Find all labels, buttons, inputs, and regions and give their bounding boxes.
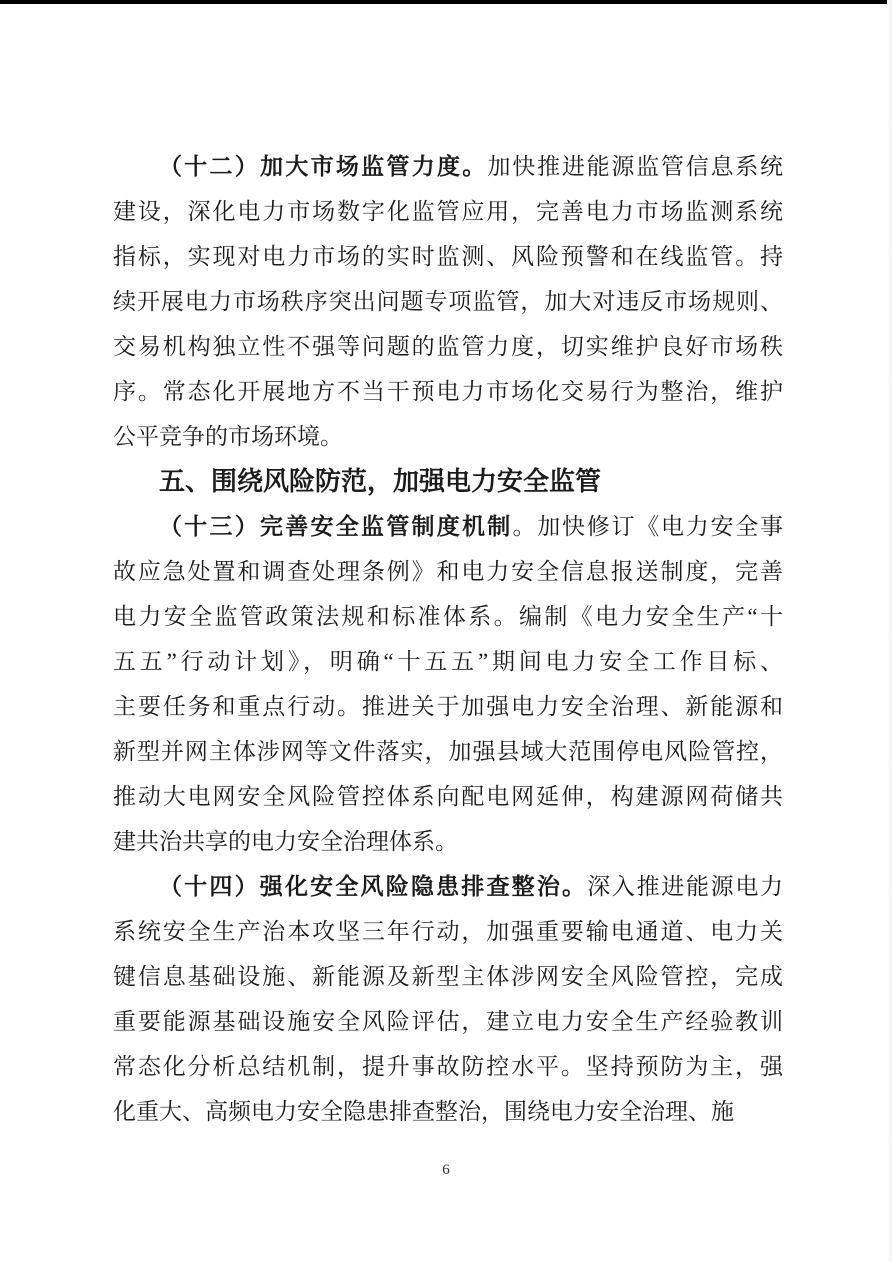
- paragraph-14-line-1: （十四）强化安全风险隐患排查整治。深入推进能源电力: [113, 864, 783, 909]
- paragraph-12-line-4: 续开展电力市场秩序突出问题专项监管，加大对违反市场规则、: [113, 279, 783, 324]
- paragraph-12: （十二）加大市场监管力度。加快推进能源监管信息系统建设，深化电力市场数字化监管应…: [113, 144, 783, 459]
- page-number: 6: [0, 1162, 892, 1179]
- paragraph-12-line-7: 公平竞争的市场环境。: [113, 414, 783, 459]
- section-heading-5-line-1: 五、围绕风险防范，加强电力安全监管: [113, 459, 783, 504]
- paragraph-14-line-5: 常态化分析总结机制，提升事故防控水平。坚持预防为主，强: [113, 1044, 783, 1089]
- paragraph-12-lead: （十二）加大市场监管力度。: [159, 154, 488, 179]
- paragraph-14-line-4: 重要能源基础设施安全风险评估，建立电力安全生产经验教训: [113, 999, 783, 1044]
- paragraph-13-line-7: 推动大电网安全风险管控体系向配电网延伸，构建源网荷储共: [113, 774, 783, 819]
- paragraph-14-lead: （十四）强化安全风险隐患排查整治。: [159, 874, 587, 899]
- paragraph-13-line-6: 新型并网主体涉网等文件落实，加强县域大范围停电风险管控，: [113, 729, 783, 774]
- paragraph-12-line-1: （十二）加大市场监管力度。加快推进能源监管信息系统: [113, 144, 783, 189]
- paragraph-12-line-6: 序。常态化开展地方不当干预电力市场化交易行为整治，维护: [113, 369, 783, 414]
- paragraph-12-line-5: 交易机构独立性不强等问题的监管力度，切实维护良好市场秩: [113, 324, 783, 369]
- paragraph-14-line-3: 键信息基础设施、新能源及新型主体涉网安全风险管控，完成: [113, 954, 783, 999]
- paragraph-14: （十四）强化安全风险隐患排查整治。深入推进能源电力系统安全生产治本攻坚三年行动，…: [113, 864, 783, 1134]
- page-top-border: [0, 0, 892, 4]
- paragraph-14-line-6: 化重大、高频电力安全隐患排查整治，围绕电力安全治理、施: [113, 1089, 783, 1134]
- document-body: （十二）加大市场监管力度。加快推进能源监管信息系统建设，深化电力市场数字化监管应…: [113, 144, 783, 1134]
- paragraph-12-line-3: 指标，实现对电力市场的实时监测、风险预警和在线监管。持: [113, 234, 783, 279]
- section-heading-5: 五、围绕风险防范，加强电力安全监管: [113, 459, 783, 504]
- paragraph-14-line-2: 系统安全生产治本攻坚三年行动，加强重要输电通道、电力关: [113, 909, 783, 954]
- paragraph-13: （十三）完善安全监管制度机制。加快修订《电力安全事故应急处置和调查处理条例》和电…: [113, 504, 783, 864]
- paragraph-13-line-4: 五五”行动计划》，明确“十五五”期间电力安全工作目标、: [113, 639, 783, 684]
- paragraph-13-lead: （十三）完善安全监管制度机制: [159, 514, 513, 539]
- paragraph-13-line-3: 电力安全监管政策法规和标准体系。编制《电力安全生产“十: [113, 594, 783, 639]
- paragraph-12-line-2: 建设，深化电力市场数字化监管应用，完善电力市场监测系统: [113, 189, 783, 234]
- paragraph-13-line-2: 故应急处置和调查处理条例》和电力安全信息报送制度，完善: [113, 549, 783, 594]
- paragraph-13-line-8: 建共治共享的电力安全治理体系。: [113, 819, 783, 864]
- paragraph-13-line-5: 主要任务和重点行动。推进关于加强电力安全治理、新能源和: [113, 684, 783, 729]
- paragraph-13-line-1: （十三）完善安全监管制度机制。加快修订《电力安全事: [113, 504, 783, 549]
- page-right-edge-shadow: [887, 0, 892, 1262]
